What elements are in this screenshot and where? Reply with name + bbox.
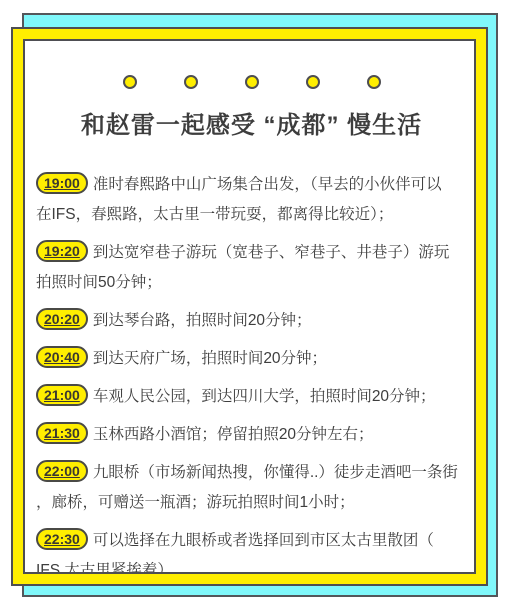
- itinerary-text: 九眼桥（市场新闻热搜，你懂得..）徒步走酒吧一条街 ，廊桥，可赠送一瓶酒；游玩拍…: [36, 464, 458, 511]
- itinerary-text: 到达琴台路，拍照时间20分钟；: [93, 312, 312, 329]
- time-badge: 22:30: [36, 528, 88, 550]
- itinerary-text: 玉林西路小酒馆；停留拍照20分钟左右；: [93, 426, 374, 443]
- time-badge: 20:20: [36, 308, 88, 330]
- itinerary-item: 21:30玉林西路小酒馆；停留拍照20分钟左右；: [36, 420, 470, 450]
- dot-icon: [306, 75, 320, 89]
- time-badge: 19:20: [36, 240, 88, 262]
- card-content: 和赵雷一起感受 “成都” 慢生活 19:00准时春熙路中山广场集合出发，（早去的…: [23, 39, 476, 574]
- itinerary-item: 22:30可以选择在九眼桥或者选择回到市区太古里散团（ IFS,太古里紧挨着）。: [36, 526, 470, 574]
- time-badge: 20:40: [36, 346, 88, 368]
- itinerary-text: 到达宽窄巷子游玩（宽巷子、窄巷子、井巷子）游玩 拍照时间50分钟；: [36, 244, 449, 291]
- itinerary-card: 和赵雷一起感受 “成都” 慢生活 19:00准时春熙路中山广场集合出发，（早去的…: [11, 27, 488, 586]
- itinerary-item: 20:20到达琴台路，拍照时间20分钟；: [36, 306, 470, 336]
- itinerary-item: 20:40到达天府广场，拍照时间20分钟；: [36, 344, 470, 374]
- itinerary-text: 车观人民公园，到达四川大学，拍照时间20分钟；: [93, 388, 436, 405]
- time-badge: 19:00: [36, 172, 88, 194]
- itinerary-list: 19:00准时春熙路中山广场集合出发，（早去的小伙伴可以 在IFS，春熙路，太古…: [33, 168, 470, 574]
- time-badge: 21:30: [36, 422, 88, 444]
- itinerary-item: 19:20到达宽窄巷子游玩（宽巷子、窄巷子、井巷子）游玩 拍照时间50分钟；: [36, 238, 470, 298]
- itinerary-item: 19:00准时春熙路中山广场集合出发，（早去的小伙伴可以 在IFS，春熙路，太古…: [36, 170, 470, 230]
- itinerary-text: 准时春熙路中山广场集合出发，（早去的小伙伴可以 在IFS，春熙路，太古里一带玩耍…: [36, 176, 442, 223]
- dot-icon: [184, 75, 198, 89]
- itinerary-item: 21:00车观人民公园，到达四川大学，拍照时间20分钟；: [36, 382, 470, 412]
- dot-row: [33, 75, 470, 89]
- dot-icon: [367, 75, 381, 89]
- time-badge: 21:00: [36, 384, 88, 406]
- itinerary-text: 可以选择在九眼桥或者选择回到市区太古里散团（ IFS,太古里紧挨着）。: [36, 532, 434, 574]
- dot-icon: [123, 75, 137, 89]
- time-badge: 22:00: [36, 460, 88, 482]
- itinerary-item: 22:00九眼桥（市场新闻热搜，你懂得..）徒步走酒吧一条街 ，廊桥，可赠送一瓶…: [36, 458, 470, 518]
- poster-title: 和赵雷一起感受 “成都” 慢生活: [33, 105, 470, 140]
- itinerary-text: 到达天府广场，拍照时间20分钟；: [93, 350, 327, 367]
- dot-icon: [245, 75, 259, 89]
